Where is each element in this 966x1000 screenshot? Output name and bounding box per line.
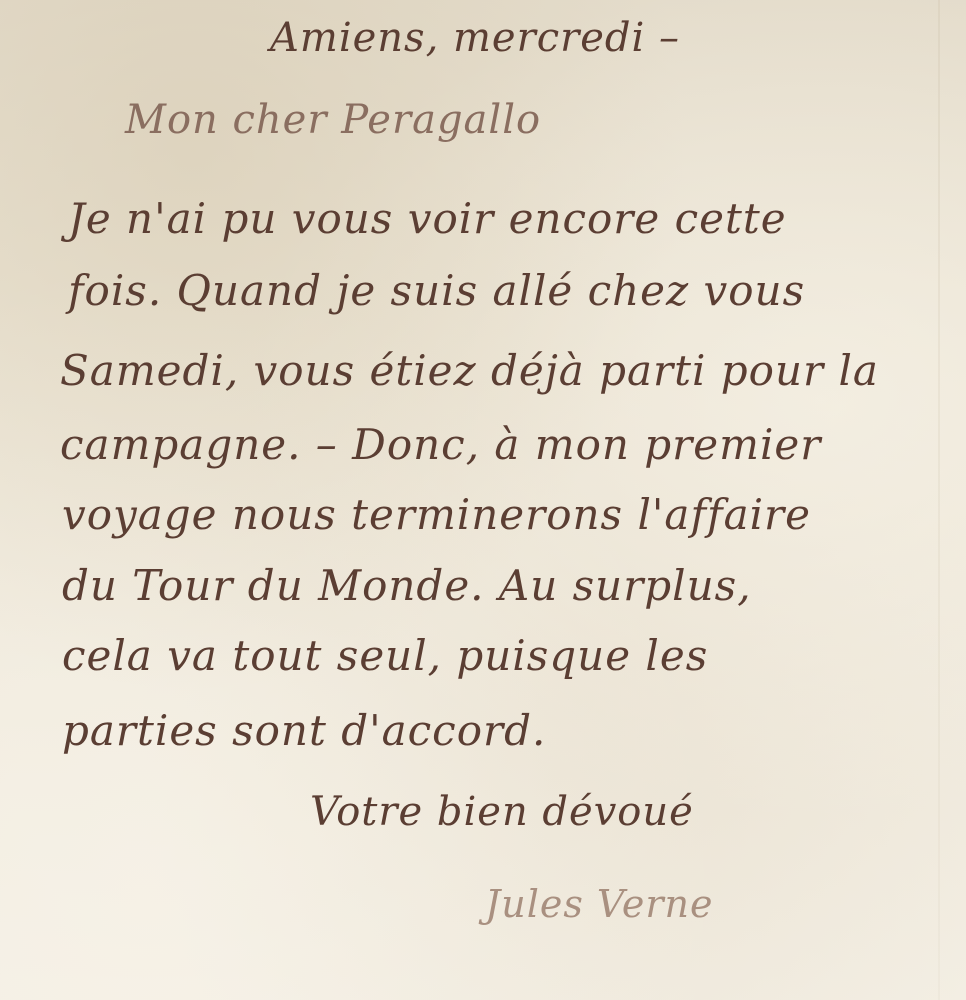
letter-body-line: Samedi, vous étiez déjà parti pour la bbox=[60, 350, 879, 392]
paper-fold-line bbox=[938, 0, 940, 1000]
letter-paper: Amiens, mercredi – Mon cher Peragallo Je… bbox=[0, 0, 966, 1000]
letter-body-line: cela va tout seul, puisque les bbox=[62, 635, 708, 677]
letter-body-line: campagne. – Donc, à mon premier bbox=[60, 424, 821, 466]
letter-closing: Votre bien dévoué bbox=[310, 792, 694, 832]
letter-place-date: Amiens, mercredi – bbox=[270, 18, 680, 58]
letter-body-line: fois. Quand je suis allé chez vous bbox=[68, 270, 805, 312]
letter-body-line: parties sont d'accord. bbox=[62, 710, 546, 752]
letter-salutation: Mon cher Peragallo bbox=[125, 100, 541, 140]
letter-body-line: voyage nous terminerons l'affaire bbox=[62, 494, 811, 536]
letter-body-line: du Tour du Monde. Au surplus, bbox=[62, 565, 752, 607]
letter-signature: Jules Verne bbox=[485, 885, 714, 923]
letter-body-line: Je n'ai pu vous voir encore cette bbox=[68, 198, 787, 240]
